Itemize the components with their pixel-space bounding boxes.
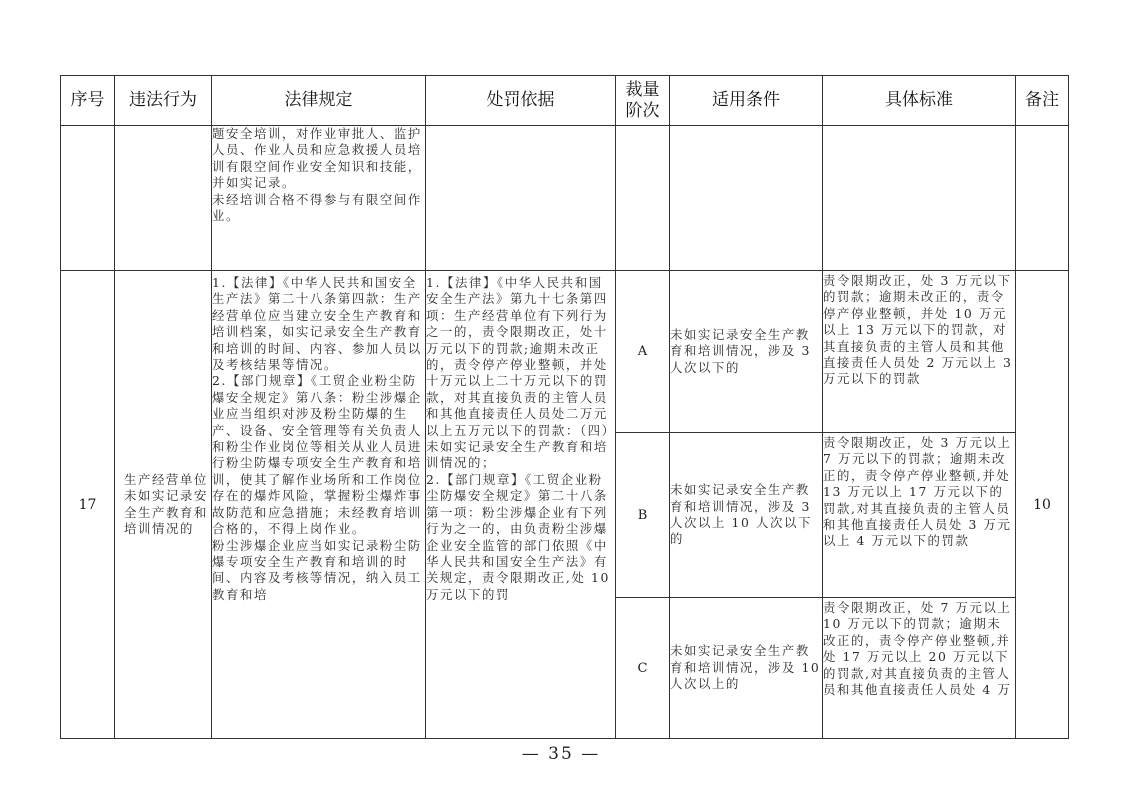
cell-grade xyxy=(616,126,670,271)
table-header-row: 序号 违法行为 法律规定 处罚依据 裁量阶次 适用条件 具体标准 备注 xyxy=(61,76,1069,126)
header-condition: 适用条件 xyxy=(670,76,823,126)
cell-penalty-basis: 1.【法律】《中华人民共和国安全生产法》第九十七条第四项：生产经营单位有下列行为… xyxy=(426,271,616,739)
cell-violation: 生产经营单位未如实记录安全生产教育和培训情况的 xyxy=(115,271,212,739)
header-remark: 备注 xyxy=(1016,76,1069,126)
condition-text: 未如实记录安全生产教育和培训情况，涉及 3 人次以上 10 人次以下的 xyxy=(670,482,812,546)
legal-provision-text: 未经培训合格不得参与有限空间作业。 xyxy=(212,192,425,225)
cell-grade-b: B xyxy=(616,433,670,598)
header-violation: 违法行为 xyxy=(115,76,212,126)
cell-standard xyxy=(823,126,1016,271)
cell-grade-c: C xyxy=(616,598,670,739)
cell-remark: 10 xyxy=(1016,271,1069,739)
cell-condition-b: 未如实记录安全生产教育和培训情况，涉及 3 人次以上 10 人次以下的 xyxy=(670,433,823,598)
legal-provision-text: 粉尘涉爆企业应当如实记录粉尘防爆专项安全生产教育和培训的时间、内容及考核等情况，… xyxy=(212,538,425,604)
condition-text: 未如实记录安全生产教育和培训情况，涉及 10 人次以上的 xyxy=(670,643,820,691)
standard-text: 责令限期改正，处 3 万元以上 7 万元以下的罚款；逾期未改正的，责令停产停业整… xyxy=(823,435,1011,548)
cell-condition xyxy=(670,126,823,271)
cell-penalty-basis xyxy=(426,126,616,271)
penalty-basis-text: 2.【部门规章】《工贸企业粉尘防爆安全规定》第二十八条第一项：粉尘涉爆企业有下列… xyxy=(426,472,615,603)
cell-standard-a: 责令限期改正，处 3 万元以下的罚款；逾期未改正的，责令停产停业整顿，并处 10… xyxy=(823,271,1016,433)
header-legal-provision: 法律规定 xyxy=(212,76,426,126)
cell-number: 17 xyxy=(61,271,115,739)
cell-standard-b: 责令限期改正，处 3 万元以上 7 万元以下的罚款；逾期未改正的，责令停产停业整… xyxy=(823,433,1016,598)
standard-text: 责令限期改正，处 7 万元以上 10 万元以下的罚款；逾期未改正的，责令停产停业… xyxy=(823,600,1011,697)
penalty-basis-text: 1.【法律】《中华人民共和国安全生产法》第九十七条第四项：生产经营单位有下列行为… xyxy=(426,275,615,472)
cell-condition-a: 未如实记录安全生产教育和培训情况，涉及 3 人次以下的 xyxy=(670,271,823,433)
cell-number xyxy=(61,126,115,271)
header-standard: 具体标准 xyxy=(823,76,1016,126)
legal-provision-text: 2.【部门规章】《工贸企业粉尘防爆安全规定》第八条：粉尘涉爆企业应当组织对涉及粉… xyxy=(212,373,425,537)
page-number: — 35 — xyxy=(0,744,1122,764)
penalty-discretion-table: 序号 违法行为 法律规定 处罚依据 裁量阶次 适用条件 具体标准 备注 题安全培… xyxy=(60,75,1069,739)
cell-condition-c: 未如实记录安全生产教育和培训情况，涉及 10 人次以上的 xyxy=(670,598,823,739)
header-penalty-basis: 处罚依据 xyxy=(426,76,616,126)
cell-violation xyxy=(115,126,212,271)
condition-text: 未如实记录安全生产教育和培训情况，涉及 3 人次以下的 xyxy=(670,327,811,375)
table-row-continued: 题安全培训，对作业审批人、监护人员、作业人员和应急救援人员培训有限空间作业安全知… xyxy=(61,126,1069,271)
header-number: 序号 xyxy=(61,76,115,126)
header-discretion-grade: 裁量阶次 xyxy=(616,76,670,126)
legal-provision-text: 1.【法律】《中华人民共和国安全生产法》第二十八条第四款：生产经营单位应当建立安… xyxy=(212,275,425,373)
legal-provision-text: 题安全培训，对作业审批人、监护人员、作业人员和应急救援人员培训有限空间作业安全知… xyxy=(212,126,425,192)
table-row: 17 生产经营单位未如实记录安全生产教育和培训情况的 1.【法律】《中华人民共和… xyxy=(61,271,1069,433)
cell-legal-provision: 题安全培训，对作业审批人、监护人员、作业人员和应急救援人员培训有限空间作业安全知… xyxy=(212,126,426,271)
cell-standard-c: 责令限期改正，处 7 万元以上 10 万元以下的罚款；逾期未改正的，责令停产停业… xyxy=(823,598,1016,739)
cell-legal-provision: 1.【法律】《中华人民共和国安全生产法》第二十八条第四款：生产经营单位应当建立安… xyxy=(212,271,426,739)
violation-text: 生产经营单位未如实记录安全生产教育和培训情况的 xyxy=(124,472,208,536)
cell-grade-a: A xyxy=(616,271,670,433)
cell-remark xyxy=(1016,126,1069,271)
standard-text: 责令限期改正，处 3 万元以下的罚款；逾期未改正的，责令停产停业整顿，并处 10… xyxy=(823,273,1012,386)
